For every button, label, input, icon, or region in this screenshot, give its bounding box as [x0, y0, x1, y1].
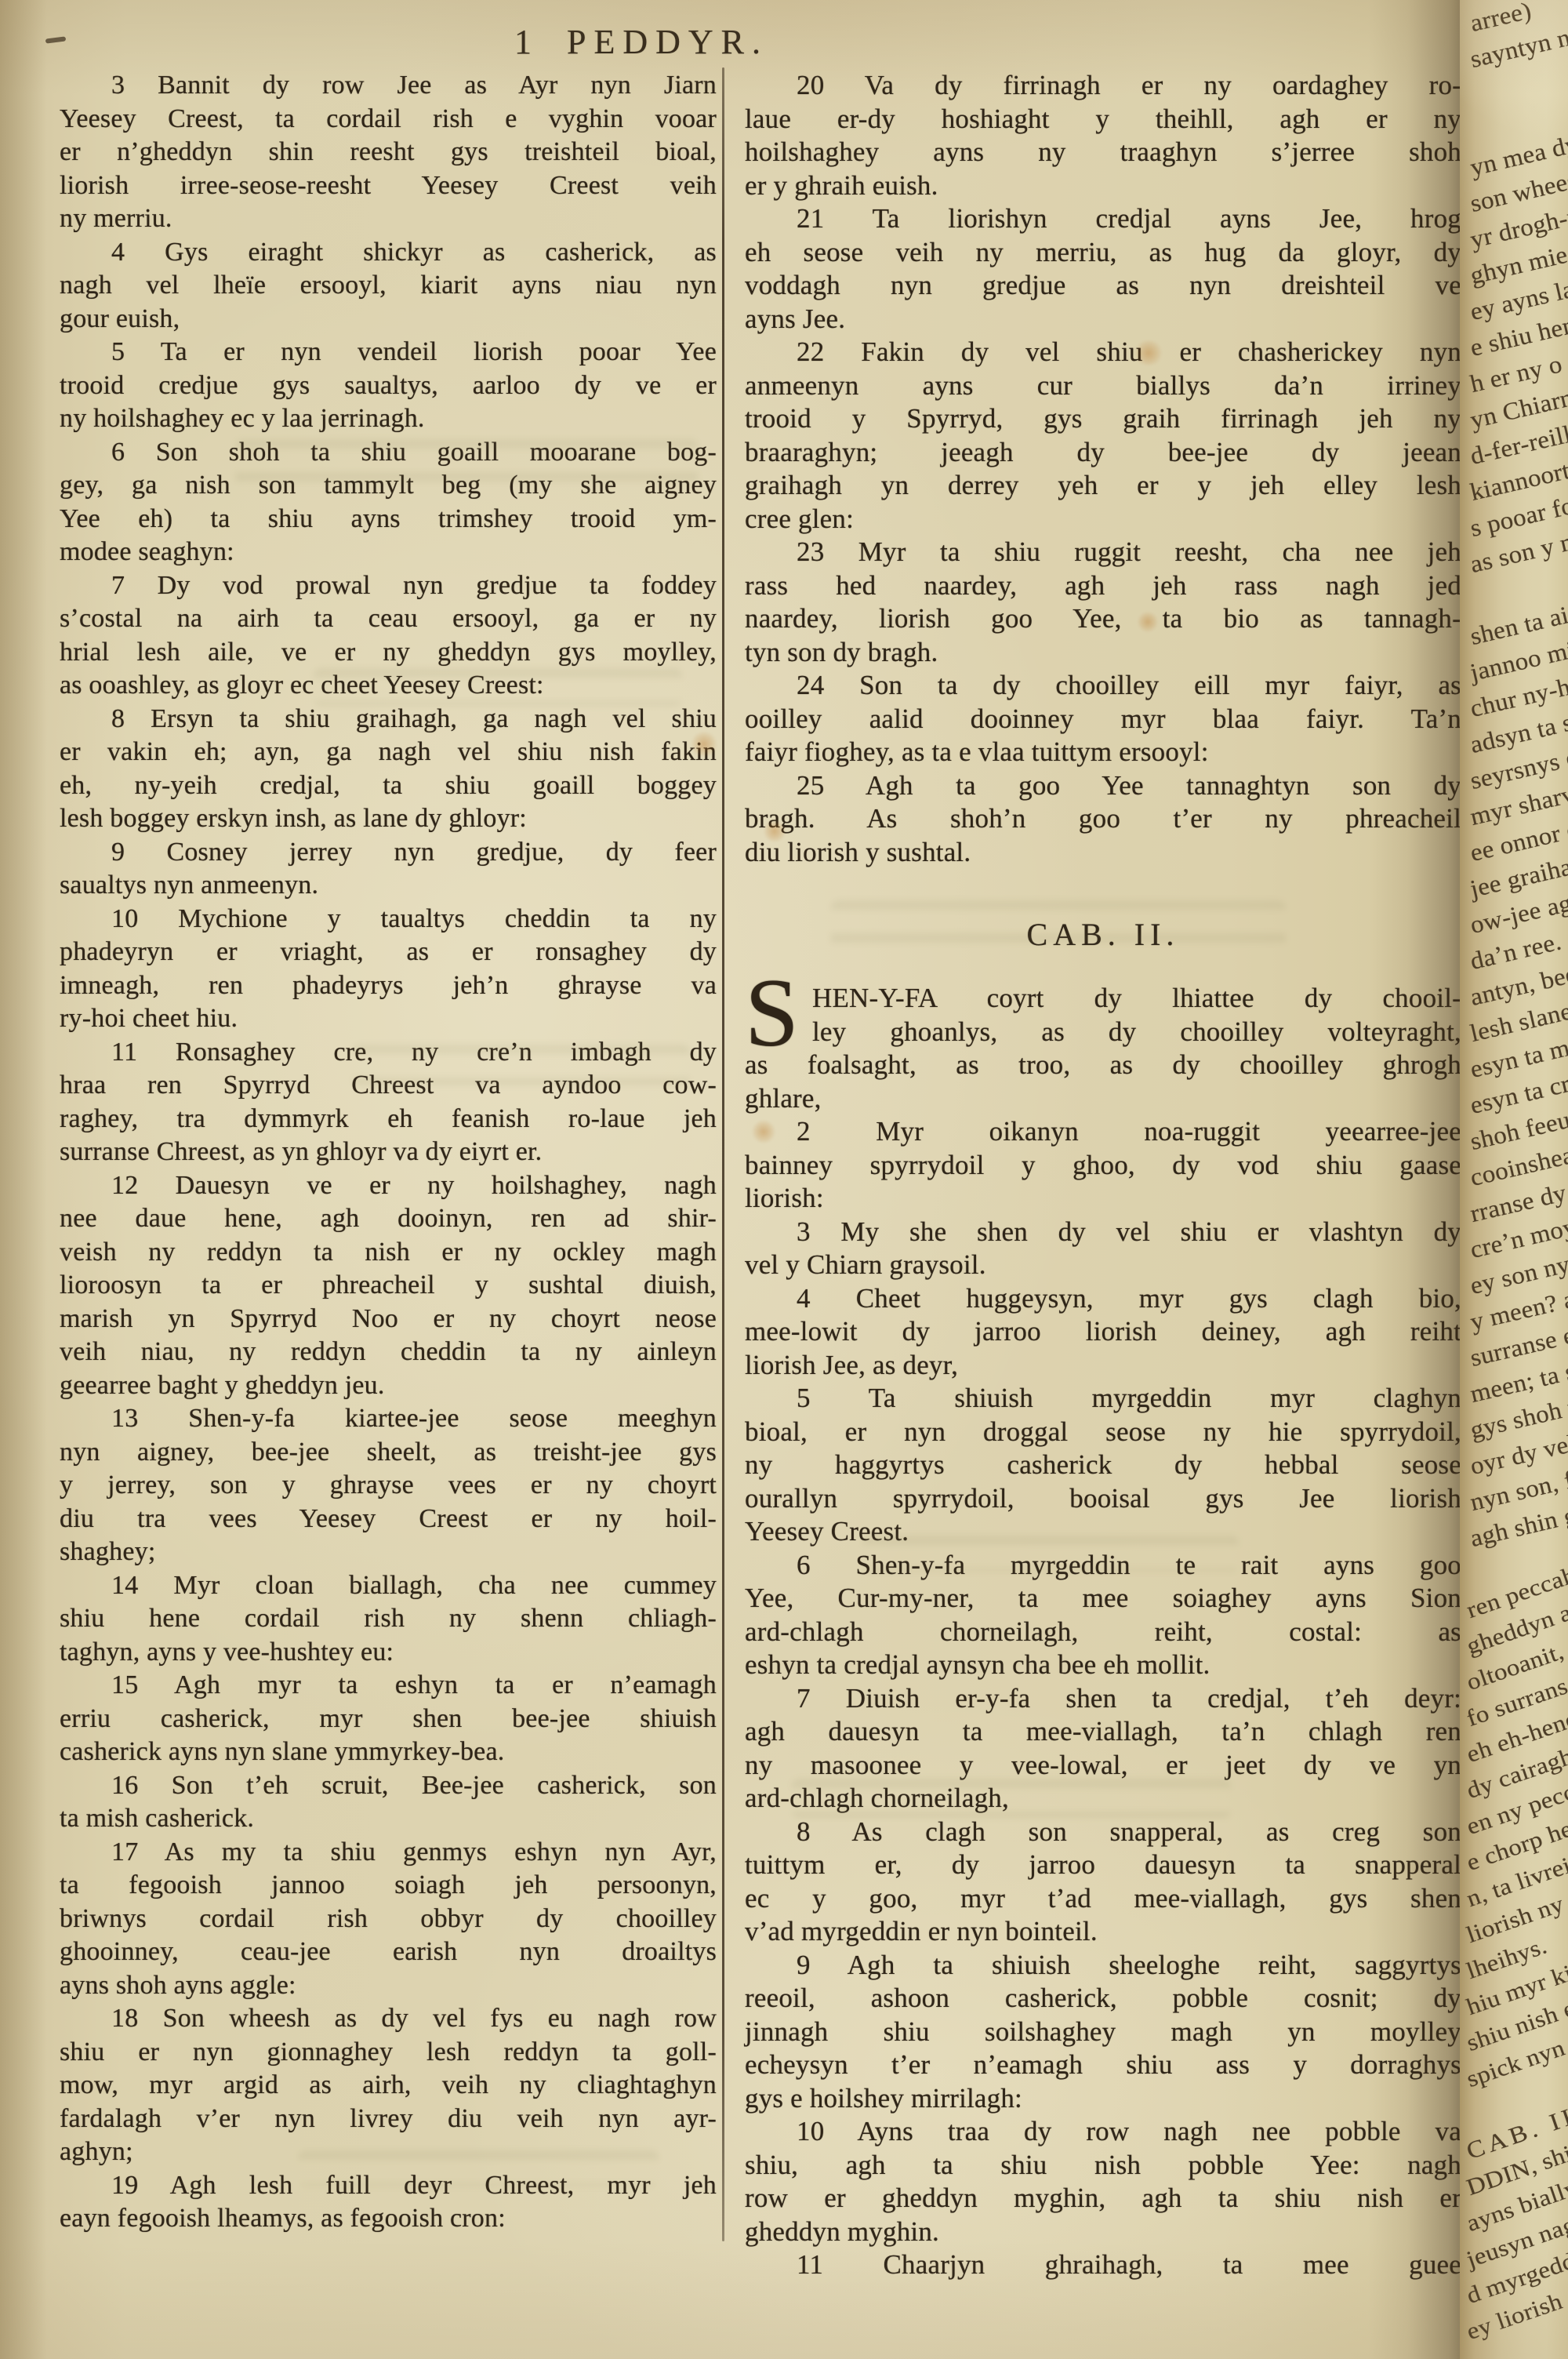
- verse-line: 9 Agh ta shiuish sheeloghe reiht, saggyr…: [745, 1949, 1461, 1983]
- verse-line: trooid credjue gys saualtys, aarloo dy v…: [60, 369, 717, 403]
- verse-line: nagh vel lheïe ersooyl, kiarit ayns niau…: [60, 269, 717, 303]
- verse-line: 11 Ronsaghey cre, ny cre’n imbagh dy: [60, 1036, 717, 1070]
- verse-line: jinnagh shiu soilshaghey magh yn moylley: [745, 2016, 1461, 2049]
- verse-line: echeysyn t’er n’eamagh shiu ass y dorrag…: [745, 2048, 1461, 2082]
- verse-line: 15 Agh myr ta eshyn ta er n’eamagh: [60, 1669, 717, 1703]
- verse-line: row er gheddyn myghin, agh ta shiu nish …: [745, 2182, 1461, 2215]
- verse-5: 5 Ta shiuish myrgeddin myr claghynbioal,…: [745, 1382, 1461, 1549]
- verse-line: 12 Dauesyn ve er ny hoilshaghey, nagh: [60, 1169, 717, 1203]
- verse-line: mow, myr argid as airh, veih ny cliaghta…: [60, 2069, 717, 2103]
- verse-line: bragh. As shoh’n goo t’er ny phreacheil: [745, 802, 1461, 836]
- verse-line: ayns shoh ayns aggle:: [60, 1969, 717, 2003]
- verse-line: Yeesey Creest, ta cordail rish e vyghin …: [60, 103, 717, 136]
- verse-line: ny merriu.: [60, 202, 717, 236]
- verse-line: ny haggyrtys casherick dy hebbal seose: [745, 1448, 1461, 1482]
- verse-line: 16 Son t’eh scruit, Bee-jee casherick, s…: [60, 1769, 717, 1803]
- verse-line: laue er-dy hoshiaght y theihll, agh er n…: [745, 103, 1461, 136]
- verse-line: 4 Gys eiraght shickyr as casherick, as: [60, 236, 717, 270]
- verse-line: liorish Jee, as deyr,: [745, 1349, 1461, 1383]
- verse-10: 10 Mychione y taualtys cheddin ta nyphad…: [60, 903, 717, 1036]
- verse-line: 14 Myr cloan biallagh, cha nee cummey: [60, 1569, 717, 1603]
- verse-line: aghyn;: [60, 2135, 717, 2169]
- verse-line: 17 As my ta shiu genmys eshyn nyn Ayr,: [60, 1836, 717, 1870]
- verse-8: 8 As clagh son snapperal, as creg sontui…: [745, 1816, 1461, 1949]
- verse-line: hoilshaghey ayns ny traaghyn s’jerree sh…: [745, 136, 1461, 169]
- verse-line: gys e hoilshey mirrilagh:: [745, 2082, 1461, 2116]
- verse-line: 10 Mychione y taualtys cheddin ta ny: [60, 903, 717, 936]
- running-head: 1 PEDDYR.: [514, 24, 768, 61]
- verse-line: hraa ren Spyrryd Chreest va ayndoo cow-: [60, 1069, 717, 1103]
- right-text-column: 20 Va dy firrinagh er ny oardaghey ro-la…: [745, 69, 1461, 2282]
- verse-24: 24 Son ta dy chooilley eill myr faiyr, a…: [745, 669, 1461, 769]
- verse-line: faiyr fioghey, as ta e vlaa tuittym erso…: [745, 736, 1461, 769]
- verse-line: nyn aigney, bee-jee sheelt, as treisht-j…: [60, 1436, 717, 1470]
- verse-4: 4 Gys eiraght shickyr as casherick, asna…: [60, 236, 717, 336]
- verse-line: 4 Cheet huggeysyn, myr gys clagh bio,: [745, 1282, 1461, 1316]
- verse-line: mee-lowit dy jarroo liorish deiney, agh …: [745, 1315, 1461, 1349]
- verse-line: ec y goo, myr t’ad mee-viallagh, gys she…: [745, 1882, 1461, 1916]
- verse-line: vel y Chiarn graysoil.: [745, 1249, 1461, 1282]
- verse-14: 14 Myr cloan biallagh, cha nee cummeyshi…: [60, 1569, 717, 1670]
- verse-line: ooilley aalid dooinney myr blaa faiyr. T…: [745, 703, 1461, 736]
- verse-21: 21 Ta liorishyn credjal ayns Jee, hrogeh…: [745, 202, 1461, 336]
- verse-line: 13 Shen-y-fa kiartee-jee seose meeghyn: [60, 1402, 717, 1436]
- verse-line: liorish irree-seose-reesht Yeesey Creest…: [60, 169, 717, 203]
- verse-line: cree glen:: [745, 503, 1461, 536]
- verse-line: 3 Bannit dy row Jee as Ayr nyn Jiarn: [60, 69, 717, 103]
- verse-line: as foalsaght, as troo, as dy chooilley g…: [745, 1049, 1461, 1082]
- verse-line: tuittym er, dy jarroo dauesyn ta snapper…: [745, 1848, 1461, 1882]
- verse-10: 10 Ayns traa dy row nagh nee pobble vash…: [745, 2115, 1461, 2248]
- verse-line: Yee, Cur-my-ner, ta mee soiaghey ayns Si…: [745, 1582, 1461, 1616]
- verse-line: 18 Son wheesh as dy vel fys eu nagh row: [60, 2002, 717, 2036]
- verse-line: er n’gheddyn shin reesht gys treishteil …: [60, 136, 717, 169]
- verse-1: SHEN-Y-FA coyrt dy lhiattee dy chooil-le…: [745, 982, 1461, 1115]
- verse-line: ry-hoi cheet hiu.: [60, 1002, 717, 1036]
- verse-line: gheddyn myghin.: [745, 2215, 1461, 2249]
- verse-line: 6 Son shoh ta shiu goaill mooarane bog-: [60, 436, 717, 470]
- verse-line: modee seaghyn:: [60, 536, 717, 569]
- verse-line: shiu er nyn gionnaghey lesh reddyn ta go…: [60, 2036, 717, 2070]
- verse-line: 7 Dy vod prowal nyn gredjue ta foddey: [60, 569, 717, 603]
- verse-line: eh seose veih ny merriu, as hug da gloyr…: [745, 236, 1461, 270]
- verse-line: eayn fegooish lheamys, as fegooish cron:: [60, 2202, 717, 2236]
- verse-line: v’ad myrgeddin er nyn bointeil.: [745, 1915, 1461, 1949]
- verse-line: 5 Ta shiuish myrgeddin myr claghyn: [745, 1382, 1461, 1416]
- verse-line: Yee eh) ta shiu ayns trimshey trooid ym-: [60, 503, 717, 536]
- ink-smudge-mark: [45, 36, 67, 43]
- verse-line: naardey, liorish goo Yee, ta bio as tann…: [745, 602, 1461, 636]
- verse-line: 2 Myr oikanyn noa-ruggit yeearree-jee: [745, 1115, 1461, 1149]
- verse-line: lesh boggey erskyn insh, as lane dy ghlo…: [60, 802, 717, 836]
- verse-line: anmeenyn ayns cur biallys da’n irriney: [745, 369, 1461, 403]
- verse-line: Yeesey Creest.: [745, 1515, 1461, 1549]
- verse-line: saualtys nyn anmeenyn.: [60, 869, 717, 903]
- verse-line: taghyn, ayns y vee-hushtey eu:: [60, 1636, 717, 1670]
- verse-line: 24 Son ta dy chooilley eill myr faiyr, a…: [745, 669, 1461, 703]
- verse-line: fardalagh v’er nyn livrey diu veih nyn a…: [60, 2103, 717, 2136]
- verse-6: 6 Shen-y-fa myrgeddin te rait ayns gooYe…: [745, 1549, 1461, 1682]
- verse-11: 11 Chaarjyn ghraihagh, ta mee guee: [745, 2248, 1461, 2282]
- column-divider-rule: [722, 67, 724, 2241]
- verse-line: shaghey;: [60, 1536, 717, 1569]
- verse-line: ta fegooish jannoo soiagh jeh persoonyn,: [60, 1869, 717, 1903]
- verse-line: 19 Agh lesh fuill deyr Chreest, myr jeh: [60, 2169, 717, 2203]
- verse-line: 22 Fakin dy vel shiu er chasherickey nyn: [745, 336, 1461, 369]
- verse-line: phadeyryn er vriaght, as er ronsaghey dy: [60, 936, 717, 969]
- verse-12: 12 Dauesyn ve er ny hoilshaghey, naghnee…: [60, 1169, 717, 1403]
- verse-7: 7 Diuish er-y-fa shen ta credjal, t’eh d…: [745, 1682, 1461, 1816]
- verse-line: liorish:: [745, 1182, 1461, 1216]
- verse-line: bainney spyrrydoil y ghoo, dy vod shiu g…: [745, 1149, 1461, 1183]
- verse-line: marish yn Spyrryd Noo er ny choyrt neose: [60, 1303, 717, 1336]
- verse-line: casherick ayns nyn slane ymmyrkey-bea.: [60, 1736, 717, 1769]
- book-page: 1 PEDDYR. 3 Bannit dy row Jee as Ayr nyn…: [0, 0, 1568, 2359]
- verse-22: 22 Fakin dy vel shiu er chasherickey nyn…: [745, 336, 1461, 536]
- verse-line: tyn son dy bragh.: [745, 636, 1461, 670]
- drop-cap-letter: S: [745, 976, 799, 1051]
- verse-line: 23 Myr ta shiu ruggit reesht, cha nee je…: [745, 536, 1461, 569]
- verse-23: 23 Myr ta shiu ruggit reesht, cha nee je…: [745, 536, 1461, 669]
- verse-line: 3 My she shen dy vel shiu er vlashtyn dy: [745, 1216, 1461, 1249]
- verse-13: 13 Shen-y-fa kiartee-jee seose meeghynny…: [60, 1402, 717, 1569]
- left-text-column: 3 Bannit dy row Jee as Ayr nyn JiarnYees…: [60, 69, 717, 2236]
- verse-line: eh, ny-yeih credjal, ta shiu goaill bogg…: [60, 769, 717, 803]
- verse-line: veish ny reddyn ta nish er ny ockley mag…: [60, 1236, 717, 1270]
- verse-line: voddagh nyn gredjue as nyn dreishteil ve: [745, 269, 1461, 303]
- verse-3: 3 Bannit dy row Jee as Ayr nyn JiarnYees…: [60, 69, 717, 236]
- verse-line: eshyn ta credjal aynsyn cha bee eh molli…: [745, 1648, 1461, 1682]
- facing-page-edge-text: arree)sayntyn nyyn mea dyson wheeshyr dr…: [1471, 6, 1568, 2359]
- verse-2: 2 Myr oikanyn noa-ruggit yeearree-jeebai…: [745, 1115, 1461, 1216]
- verse-line: HEN-Y-FA coyrt dy lhiattee dy chooil-: [745, 982, 1461, 1016]
- verse-line: 9 Cosney jerrey nyn gredjue, dy feer: [60, 836, 717, 870]
- verse-line: 6 Shen-y-fa myrgeddin te rait ayns goo: [745, 1549, 1461, 1583]
- verse-line: ny hoilshaghey ec y laa jerrinagh.: [60, 402, 717, 436]
- verse-line: 11 Chaarjyn ghraihagh, ta mee guee: [745, 2248, 1461, 2282]
- verse-17: 17 As my ta shiu genmys eshyn nyn Ayr,ta…: [60, 1836, 717, 2003]
- verse-5: 5 Ta er nyn vendeil liorish pooar Yeetro…: [60, 336, 717, 436]
- verse-line: braaraghyn; jeeagh dy bee-jee dy jeean: [745, 436, 1461, 470]
- verse-line: rass hed naardey, agh jeh rass nagh jed: [745, 569, 1461, 603]
- verse-line: erriu casherick, myr shen bee-jee shiuis…: [60, 1703, 717, 1736]
- verse-line: diu tra vees Yeesey Creest er ny hoil-: [60, 1503, 717, 1536]
- verse-line: graihagh yn derrey yeh er y jeh elley le…: [745, 469, 1461, 503]
- verse-line: hrial lesh aile, ve er ny gheddyn gys mo…: [60, 636, 717, 670]
- verse-line: 10 Ayns traa dy row nagh nee pobble va: [745, 2115, 1461, 2149]
- verse-line: 8 Ersyn ta shiu graihagh, ga nagh vel sh…: [60, 703, 717, 736]
- verse-19: 19 Agh lesh fuill deyr Chreest, myr jehe…: [60, 2169, 717, 2236]
- verse-line: er y ghraih euish.: [745, 169, 1461, 203]
- verse-20: 20 Va dy firrinagh er ny oardaghey ro-la…: [745, 69, 1461, 202]
- verse-line: briwnys cordail rish obbyr dy chooilley: [60, 1903, 717, 1936]
- verse-line: raghey, tra dymmyrk eh feanish ro-laue j…: [60, 1103, 717, 1136]
- verse-line: shiu, agh ta shiu nish pobble Yee: nagh: [745, 2149, 1461, 2183]
- verse-line: ny masoonee y vee-lowal, er jeet dy ve y…: [745, 1749, 1461, 1783]
- verse-line: diu liorish y sushtal.: [745, 836, 1461, 870]
- verse-line: gour euish,: [60, 303, 717, 336]
- verse-line: er vakin eh; ayn, ga nagh vel shiu nish …: [60, 736, 717, 769]
- verse-line: veih niau, ny reddyn cheddin ta ny ainle…: [60, 1336, 717, 1369]
- verse-line: geearree baght y gheddyn jeu.: [60, 1369, 717, 1403]
- verse-line: ard-chlagh chorneilagh,: [745, 1782, 1461, 1816]
- verse-line: reeoil, ashoon casherick, pobble cosnit;…: [745, 1982, 1461, 2016]
- verse-15: 15 Agh myr ta eshyn ta er n’eamagherriu …: [60, 1669, 717, 1769]
- verse-line: 8 As clagh son snapperal, as creg son: [745, 1816, 1461, 1849]
- verse-line: ourallyn spyrrydoil, booisal gys Jee lio…: [745, 1482, 1461, 1516]
- verse-18: 18 Son wheesh as dy vel fys eu nagh rows…: [60, 2002, 717, 2169]
- verse-line: shiu hene cordail rish ny shenn chliagh-: [60, 1602, 717, 1636]
- verse-line: y jerrey, son y ghrayse vees er ny choyr…: [60, 1469, 717, 1503]
- verse-line: lioroosyn ta er phreacheil y sushtal diu…: [60, 1269, 717, 1303]
- verse-25: 25 Agh ta goo Yee tannaghtyn son dybragh…: [745, 769, 1461, 870]
- verse-8: 8 Ersyn ta shiu graihagh, ga nagh vel sh…: [60, 703, 717, 836]
- verse-9: 9 Cosney jerrey nyn gredjue, dy feersaua…: [60, 836, 717, 903]
- verse-line: 20 Va dy firrinagh er ny oardaghey ro-: [745, 69, 1461, 103]
- verse-line: surranse Chreest, as yn ghloyr va dy eiy…: [60, 1136, 717, 1169]
- verse-line: nee daue hene, agh dooinyn, ren ad shir-: [60, 1202, 717, 1236]
- verse-line: 5 Ta er nyn vendeil liorish pooar Yee: [60, 336, 717, 369]
- verse-line: ard-chlagh chorneilagh, reiht, costal: a…: [745, 1616, 1461, 1649]
- verse-line: ghlare,: [745, 1082, 1461, 1116]
- verse-line: bioal, er nyn droggal seose ny hie spyrr…: [745, 1416, 1461, 1449]
- verse-16: 16 Son t’eh scruit, Bee-jee casherick, s…: [60, 1769, 717, 1836]
- verse-line: ley ghoanlys, as dy chooilley volteyragh…: [745, 1016, 1461, 1049]
- verse-line: 21 Ta liorishyn credjal ayns Jee, hrog: [745, 202, 1461, 236]
- chapter-heading: CAB. II.: [745, 916, 1461, 954]
- verse-3: 3 My she shen dy vel shiu er vlashtyn dy…: [745, 1216, 1461, 1282]
- verse-line: ayns Jee.: [745, 303, 1461, 336]
- verse-line: imneagh, ren phadeyrys jeh’n ghrayse va: [60, 969, 717, 1003]
- verse-line: agh dauesyn ta mee-viallagh, ta’n chlagh…: [745, 1715, 1461, 1749]
- verse-line: 25 Agh ta goo Yee tannaghtyn son dy: [745, 769, 1461, 803]
- verse-6: 6 Son shoh ta shiu goaill mooarane bog-g…: [60, 436, 717, 569]
- verse-line: s’costal na airh ta ceau ersooyl, ga er …: [60, 602, 717, 636]
- verse-4: 4 Cheet huggeysyn, myr gys clagh bio,mee…: [745, 1282, 1461, 1383]
- verse-line: trooid y Spyrryd, gys graih firrinagh je…: [745, 402, 1461, 436]
- verse-9: 9 Agh ta shiuish sheeloghe reiht, saggyr…: [745, 1949, 1461, 2116]
- verse-7: 7 Dy vod prowal nyn gredjue ta foddeys’c…: [60, 569, 717, 703]
- verse-line: gey, ga nish son tammylt beg (my she aig…: [60, 469, 717, 503]
- verse-line: ta mish casherick.: [60, 1802, 717, 1836]
- verse-line: ghooinney, ceau-jee earish nyn droailtys: [60, 1936, 717, 1969]
- verse-11: 11 Ronsaghey cre, ny cre’n imbagh dyhraa…: [60, 1036, 717, 1169]
- verse-line: 7 Diuish er-y-fa shen ta credjal, t’eh d…: [745, 1682, 1461, 1716]
- verse-line: as ooashley, as gloyr ec cheet Yeesey Cr…: [60, 669, 717, 703]
